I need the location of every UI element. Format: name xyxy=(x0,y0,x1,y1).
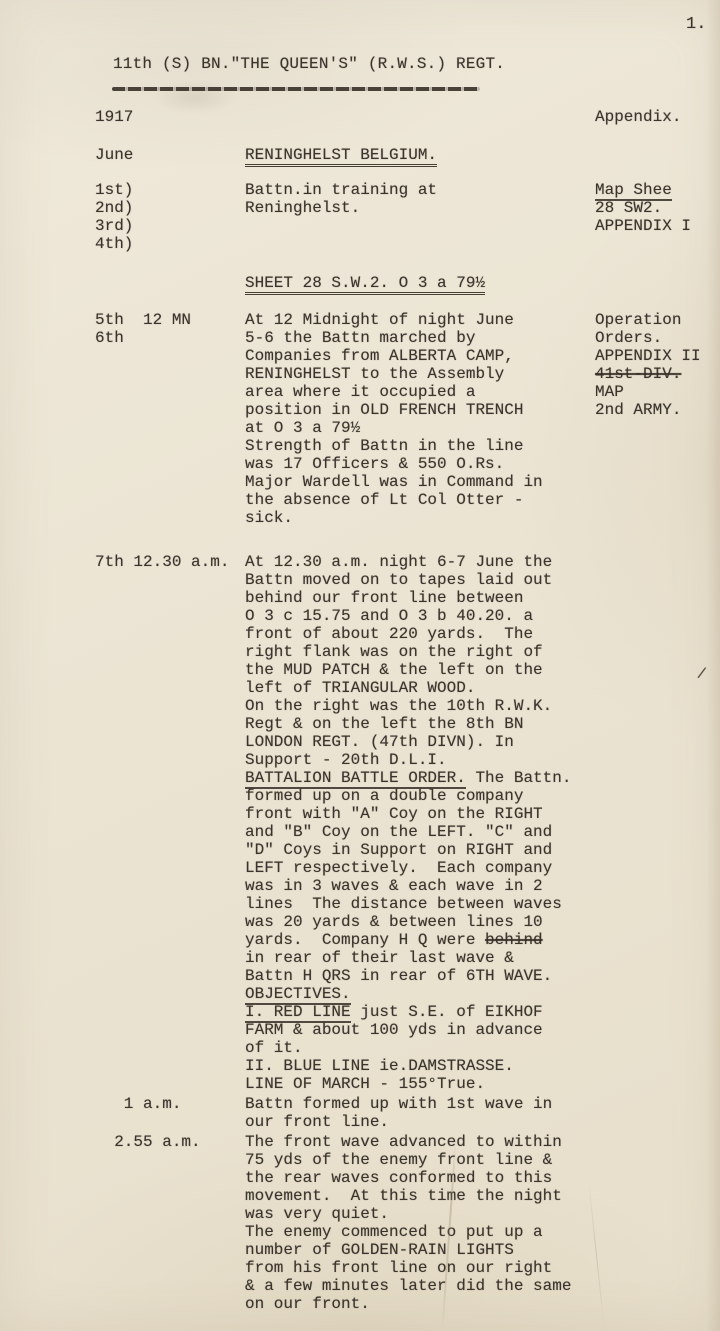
text-line: 5th 12 MN xyxy=(95,311,245,329)
text-line: movement. At this time the night xyxy=(245,1187,595,1205)
text-line: RENINGHELST to the Assembly xyxy=(245,365,595,383)
entry-midnight-march: 5th 12 MN6th At 12 Midnight of night Jun… xyxy=(95,311,710,527)
document-title: 11th (S) BN."THE QUEEN'S" (R.W.S.) REGT. xyxy=(113,55,505,73)
text-line: "D" Coys in Support on RIGHT and xyxy=(245,841,595,859)
page-number: 1. xyxy=(686,16,706,34)
year-label: 1917 xyxy=(95,108,245,126)
appendix-label: Appendix. xyxy=(595,108,710,126)
text-line: area where it occupied a xyxy=(245,383,595,401)
text-line: I. RED LINE just S.E. of EIKHOF xyxy=(245,1003,595,1021)
text-line: 5-6 the Battn marched by xyxy=(245,329,595,347)
text-line: On the right was the 10th R.W.K. xyxy=(245,697,595,715)
text-line: lines The distance between waves xyxy=(245,895,595,913)
text-line: on our front. xyxy=(245,1295,595,1313)
entry-one-am-body: Battn formed up with 1st wave inour fron… xyxy=(245,1095,595,1131)
text-line: was very quiet. xyxy=(245,1205,595,1223)
text-line: OBJECTIVES. xyxy=(245,985,595,1003)
scan-edge-shadow xyxy=(706,0,720,1331)
text-line: & a few minutes later did the same xyxy=(245,1277,595,1295)
entry-assembly-body: At 12.30 a.m. night 6-7 June theBattn mo… xyxy=(245,553,595,1093)
text-line: was 17 Officers & 550 O.Rs. xyxy=(245,455,595,473)
text-line: Regt & on the left the 8th BN xyxy=(245,715,595,733)
text-line: behind our front line between xyxy=(245,589,595,607)
location-heading: RENINGHELST BELGIUM. xyxy=(245,146,437,167)
text-line: MAP xyxy=(595,383,710,401)
month-label: June xyxy=(95,146,245,164)
sheet-heading: SHEET 28 S.W.2. O 3 a 79½ xyxy=(245,274,485,295)
text-line: front with "A" Coy on the RIGHT xyxy=(245,805,595,823)
text-line: 1 a.m. xyxy=(95,1095,245,1113)
text-line: LONDON REGT. (47th DIVN). In xyxy=(245,733,595,751)
text-line: APPENDIX I xyxy=(595,217,710,235)
entry-assembly: 7th 12.30 a.m. At 12.30 a.m. night 6-7 J… xyxy=(95,553,710,1093)
title-underline-rule xyxy=(112,87,480,91)
entry-training: 1st)2nd)3rd)4th) Battn.in training atRen… xyxy=(95,181,710,253)
text-line: LINE OF MARCH - 155°True. xyxy=(245,1075,595,1093)
text-line: position in OLD FRENCH TRENCH xyxy=(245,401,595,419)
text-line: The enemy commenced to put up a xyxy=(245,1223,595,1241)
text-line: 2nd ARMY. xyxy=(595,401,710,419)
text-line: Map Shee xyxy=(595,181,710,199)
text-line: 41st-DIV. xyxy=(595,365,710,383)
text-line: II. BLUE LINE ie.DAMSTRASSE. xyxy=(245,1057,595,1075)
entry-assembly-dates: 7th 12.30 a.m. xyxy=(95,553,245,1093)
entry-one-am: 1 a.m. Battn formed up with 1st wave ino… xyxy=(95,1095,710,1131)
text-line: Battn moved on to tapes laid out xyxy=(245,571,595,589)
text-line: the absence of Lt Col Otter - xyxy=(245,491,595,509)
text-line: APPENDIX II xyxy=(595,347,710,365)
text-line: front of about 220 yards. The xyxy=(245,625,595,643)
text-line: Orders. xyxy=(595,329,710,347)
entry-advance-dates: 2.55 a.m. xyxy=(95,1133,245,1313)
text-line: 7th 12.30 a.m. xyxy=(95,553,245,571)
text-line: and "B" Coy on the LEFT. "C" and xyxy=(245,823,595,841)
text-line: Strength of Battn in the line xyxy=(245,437,595,455)
text-line: was 20 yards & between lines 10 xyxy=(245,913,595,931)
entry-training-body: Battn.in training atReninghelst. xyxy=(245,181,595,253)
entry-training-dates: 1st)2nd)3rd)4th) xyxy=(95,181,245,253)
text-line: number of GOLDEN-RAIN LIGHTS xyxy=(245,1241,595,1259)
month-location-row: June RENINGHELST BELGIUM. xyxy=(95,146,710,164)
text-line: left of TRIANGULAR WOOD. xyxy=(245,679,595,697)
text-line: O 3 c 15.75 and O 3 b 40.20. a xyxy=(245,607,595,625)
entry-training-margin-note: Map Shee28 SW2.APPENDIX I xyxy=(595,181,710,253)
text-line: Reninghelst. xyxy=(245,199,595,217)
entry-midnight-march-dates: 5th 12 MN6th xyxy=(95,311,245,527)
sheet-heading-row: SHEET 28 S.W.2. O 3 a 79½ xyxy=(95,274,710,292)
text-line: Battn formed up with 1st wave in xyxy=(245,1095,595,1113)
text-line: 2.55 a.m. xyxy=(95,1133,245,1151)
text-line: Battn H QRS in rear of 6TH WAVE. xyxy=(245,967,595,985)
text-line: yards. Company H Q were behind xyxy=(245,931,595,949)
text-line: the rear waves conformed to this xyxy=(245,1169,595,1187)
text-line: 3rd) xyxy=(95,217,245,235)
text-line: in rear of their last wave & xyxy=(245,949,595,967)
entry-advance: 2.55 a.m. The front wave advanced to wit… xyxy=(95,1133,710,1313)
text-line: At 12 Midnight of night June xyxy=(245,311,595,329)
text-line: at O 3 a 79½ xyxy=(245,419,595,437)
text-line: Battn.in training at xyxy=(245,181,595,199)
text-line: LEFT respectively. Each company xyxy=(245,859,595,877)
text-line: FARM & about 100 yds in advance xyxy=(245,1021,595,1039)
war-diary-page: 1. 11th (S) BN."THE QUEEN'S" (R.W.S.) RE… xyxy=(0,0,720,1331)
text-line: 75 yds of the enemy front line & xyxy=(245,1151,595,1169)
text-line: 1st) xyxy=(95,181,245,199)
entry-one-am-dates: 1 a.m. xyxy=(95,1095,245,1131)
text-line: of it. xyxy=(245,1039,595,1057)
text-line: our front line. xyxy=(245,1113,595,1131)
text-line: Companies from ALBERTA CAMP, xyxy=(245,347,595,365)
text-line: The front wave advanced to within xyxy=(245,1133,595,1151)
text-line: Support - 20th D.L.I. xyxy=(245,751,595,769)
text-line: the MUD PATCH & the left on the xyxy=(245,661,595,679)
text-line: right flank was on the right of xyxy=(245,643,595,661)
text-line: 4th) xyxy=(95,235,245,253)
entry-midnight-march-margin-note: OperationOrders.APPENDIX II41st-DIV.MAP2… xyxy=(595,311,710,527)
text-line: from his front line on our right xyxy=(245,1259,595,1277)
text-line: BATTALION BATTLE ORDER. The Battn. xyxy=(245,769,595,787)
text-line: Operation xyxy=(595,311,710,329)
year-appendix-row: 1917 Appendix. xyxy=(95,108,710,126)
text-line: 6th xyxy=(95,329,245,347)
text-line: 2nd) xyxy=(95,199,245,217)
entry-midnight-march-body: At 12 Midnight of night June5-6 the Batt… xyxy=(245,311,595,527)
text-line: sick. xyxy=(245,509,595,527)
text-line: At 12.30 a.m. night 6-7 June the xyxy=(245,553,595,571)
text-line: formed up on a double company xyxy=(245,787,595,805)
text-line: was in 3 waves & each wave in 2 xyxy=(245,877,595,895)
text-line: Major Wardell was in Command in xyxy=(245,473,595,491)
text-line: 28 SW2. xyxy=(595,199,710,217)
entry-advance-body: The front wave advanced to within75 yds … xyxy=(245,1133,595,1313)
